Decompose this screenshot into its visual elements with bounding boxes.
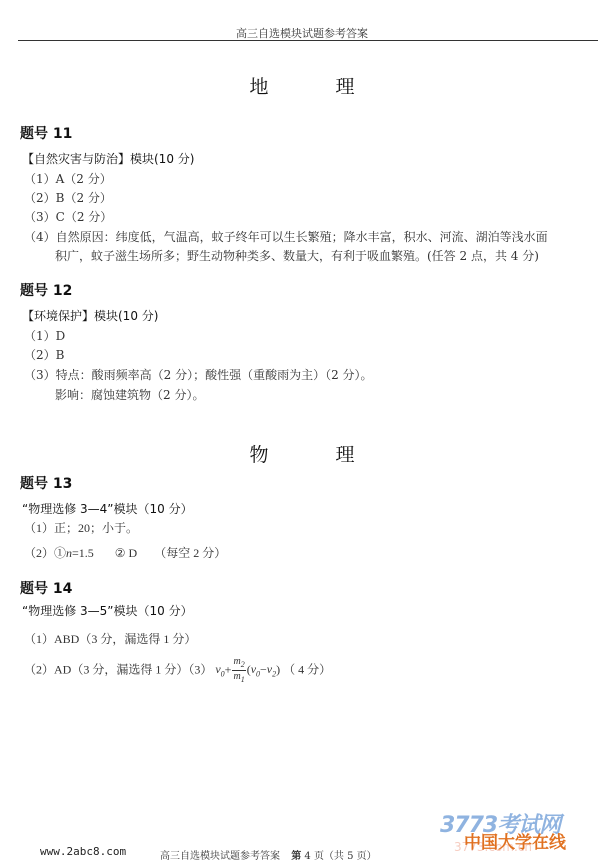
module-title-14: “物理选修 3—5”模块（10 分）	[22, 602, 193, 619]
answer-11-2: （2）B（2 分）	[24, 189, 112, 206]
footer-page-title: 高三自选模块试题参考答案	[160, 851, 280, 862]
answer-12-2: （2）B	[24, 346, 64, 363]
answer-11-1: （1）A（2 分）	[24, 170, 112, 187]
running-header: 高三自选模块试题参考答案	[0, 25, 604, 41]
answer-12-1: （1）D	[24, 327, 65, 344]
header-rule	[18, 40, 598, 41]
question-heading-14: 题号 14	[20, 578, 72, 598]
formula-minus: −	[260, 662, 267, 676]
answer-13-2-note: （每空 2 分）	[154, 546, 226, 560]
answer-11-4: （4）自然原因：纬度低，气温高，蚊子终年可以生长繁殖；降水丰富，积水、河流、湖泊…	[24, 228, 548, 245]
formula-v0: v0	[215, 662, 224, 676]
module-title-12: 【环境保护】模块(10 分)	[22, 307, 158, 324]
answer-12-3-cont: 影响：腐蚀建筑物（2 分）。	[55, 386, 204, 403]
footer-page-label: 第	[291, 851, 301, 862]
question-heading-12: 题号 12	[20, 280, 72, 300]
footer-page-unit: 页（共 5 页）	[314, 851, 377, 862]
answer-14-2: （2）AD（3 分，漏选得 1 分）（3） v0+m2m1(v0−v2) （ 4…	[24, 656, 331, 685]
answer-14-1: （1）ABD（3 分，漏选得 1 分）	[24, 630, 196, 647]
question-heading-11: 题号 11	[20, 123, 72, 143]
section-title-geography: 地 理	[0, 72, 604, 99]
watermark-logo: 3773考试网 3773.com.cn 中国大学在线	[440, 808, 600, 858]
watermark-bottom-text: 中国大学在线	[464, 828, 566, 853]
answer-13-2-value: =1.5	[72, 546, 94, 560]
answer-13-2: （2）①n=1.5 ② D （每空 2 分）	[24, 544, 226, 561]
formula-plus: +	[225, 662, 232, 676]
answer-13-1: （1）正；20；小于。	[24, 519, 138, 536]
answer-13-2-prefix: （2）①	[24, 546, 66, 560]
footer-url: www.2abc8.com	[40, 845, 126, 858]
answer-14-2-score: （ 4 分）	[283, 662, 331, 676]
section-title-physics: 物 理	[0, 440, 604, 467]
module-title-11: 【自然灾害与防治】模块(10 分)	[22, 150, 194, 167]
module-title-13: “物理选修 3—4”模块（10 分）	[22, 500, 193, 517]
answer-12-3: （3）特点：酸雨频率高（2 分）；酸性强（重酸雨为主）（2 分）。	[24, 366, 373, 383]
formula-fraction: m2m1	[232, 656, 245, 685]
footer-page-info: 高三自选模块试题参考答案 第 4 页（共 5 页）	[160, 847, 377, 862]
answer-11-4-cont: 积广，蚊子滋生场所多；野生动物种类多、数量大，有利于吸血繁殖。(任答 2 点，共…	[55, 247, 539, 264]
answer-14-2-prefix: （2）AD（3 分，漏选得 1 分）（3）	[24, 662, 212, 676]
question-heading-13: 题号 13	[20, 473, 72, 493]
answer-13-2-second: ② D	[115, 546, 137, 560]
answer-11-3: （3）C（2 分）	[24, 208, 112, 225]
formula-paren-close: )	[276, 662, 280, 676]
footer-page-num: 4	[304, 851, 310, 862]
